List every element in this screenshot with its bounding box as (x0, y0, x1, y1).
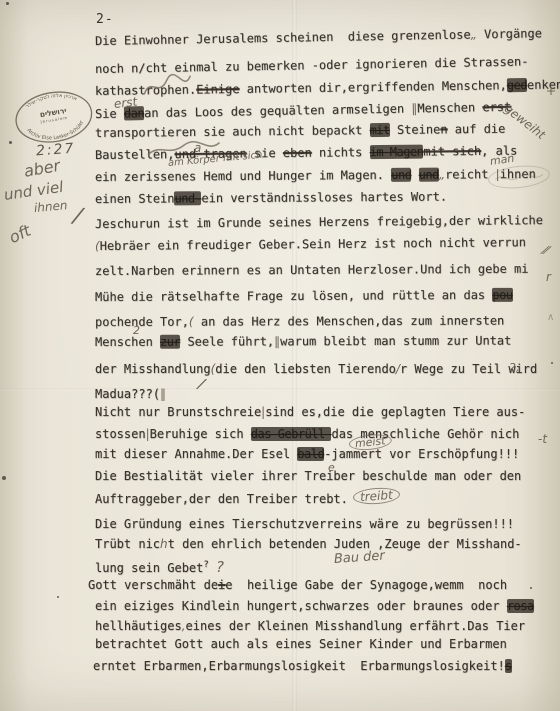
typed-text: Menschen (95, 335, 160, 349)
blacked-out-text: zur (160, 335, 180, 349)
pencil-annotation: ⁄⁄ (543, 243, 549, 257)
typed-text: pochende Tor, (95, 315, 189, 329)
typed-text: mit dieser Annahme.Der Esel (95, 447, 297, 461)
pencil-annotation: / (196, 374, 206, 393)
ink-speck (224, 584, 226, 586)
typed-text: sind es,die die geplagten Tiere aus- (265, 405, 525, 419)
typed-text: auf die (447, 122, 505, 137)
ink-speck (9, 141, 12, 144)
blacked-out-text: pou (492, 288, 512, 302)
typed-text: antworten dir,ergriffenden Menschen, (239, 78, 506, 96)
typed-text: einen Stein (95, 191, 175, 206)
typed-text: warum bleibt man stumm zur Untat (280, 334, 511, 349)
blacked-out-text: im Magen (369, 145, 423, 160)
typed-text (209, 561, 216, 575)
blacked-out-text: bald (297, 447, 324, 461)
page-number: 2- (96, 12, 114, 27)
typed-text: e heilige Gabe der Synagoge,wemm noch (225, 578, 507, 592)
typed-text: Trübt nic (95, 537, 160, 551)
typed-line: Gott verschmäht deie heilige Gabe der Sy… (88, 578, 507, 592)
typed-line: Die Bestialität vieler ihrer Treiber bes… (95, 469, 521, 483)
pencil-scrawl (145, 138, 222, 164)
typed-line: pochende Tor,( an das Herz des Menschen,… (95, 314, 504, 329)
pencil-scrawl (140, 69, 196, 106)
typed-text: Menschen (417, 100, 482, 115)
typed-text: Hebräer ein freudiger Geber.Sein Herz is… (100, 235, 526, 253)
typed-line: Trübt nicht den ehrlich betenden Juden ,… (95, 537, 522, 551)
typed-text: t den ehrlich betenden Juden ,Zeuge der … (168, 537, 522, 551)
blacked-out-text: und (391, 168, 411, 182)
typed-line: erntet Erbarmen,Erbarmungslosigkeit Erba… (93, 659, 512, 673)
typed-line: Madua???(‖ (95, 387, 166, 401)
typed-text: lung sein Gebet (95, 561, 203, 575)
typed-line: (Hebräer ein freudiger Geber.Sein Herz i… (95, 235, 526, 253)
typed-text: Die Gründung eines Tierschutzverreins wä… (95, 517, 514, 531)
typed-text: an das Herz des Menschen,das zum innerst… (194, 314, 505, 329)
pencil-annotation: r (546, 270, 551, 284)
typed-line: einen Steinund-ein verständnissloses har… (95, 190, 447, 206)
typed-text: an das Loos des gequälten armseligen (144, 101, 412, 120)
typed-line: Nicht nur Brunstschreie|sind es,die die … (95, 405, 525, 419)
typed-line: hellhäutiges,eines der Kleinen Misshandl… (95, 619, 525, 633)
pencil-annotation: ihnen (33, 198, 68, 215)
pencil-text: treibt (352, 486, 400, 505)
typed-text: Gott verschmäht de (88, 578, 218, 592)
pencil-annotation: geweiht (502, 101, 548, 141)
pencil-annotation: -t (538, 432, 547, 446)
typed-line: stossen|Beruhige sich das Gebrüll das me… (95, 427, 519, 441)
typed-line: der Misshandlung(die den liebsten Tieren… (95, 362, 537, 376)
typed-text: Die Einwohner Jerusalems scheinen diese … (95, 27, 471, 48)
struck-text: mit sich (423, 144, 481, 159)
typed-text: Mühe die rätselhafte Frage zu lösen, und… (95, 288, 492, 304)
typed-text: Seele führt, (180, 334, 274, 348)
typed-text: nichts (312, 145, 370, 160)
typed-text: ein eiziges Kindlein hungert,schwarzes o… (95, 599, 507, 613)
ink-speck (2, 476, 6, 480)
typed-line: betrachtet Gott auch als eines Seiner Ki… (95, 637, 507, 651)
pencil-annotation: 2 (133, 324, 140, 337)
typed-text: Steine (390, 122, 441, 137)
typed-text: zelt.Narben erinnern es an Untaten Herzl… (95, 262, 529, 278)
typed-text: vor Erschöpfung!!! (382, 447, 519, 461)
typed-line: Menschen zur Seele führt,‖warum bleibt m… (95, 334, 511, 349)
ink-speck (57, 596, 59, 598)
pencil-annotation: man (489, 152, 515, 168)
typed-line: Die Gründung eines Tierschutzverreins wä… (95, 517, 514, 531)
typed-text: ein zerissenes Hemd und Hunger im Magen. (95, 168, 391, 184)
typed-line: transportieren sie auch nicht bepackt mi… (95, 122, 505, 140)
typed-text: der Misshandlung (95, 362, 211, 376)
typed-text (411, 168, 418, 182)
typed-line: zelt.Narben erinnern es an Untaten Herzl… (95, 262, 529, 278)
blacked-out-text: und- (174, 191, 201, 205)
pencil-annotation: / (71, 203, 83, 229)
typed-text: Beruhige sich (150, 427, 251, 441)
blacked-out-text: und (419, 168, 439, 182)
typed-line: Mühe die rätselhafte Frage zu lösen, und… (95, 288, 513, 304)
pencil-text: h (160, 537, 168, 551)
typed-line: lung sein Gebet? ? (95, 560, 224, 577)
horizontal-fold-crease (0, 388, 560, 391)
typed-text: Madua???( (95, 387, 160, 401)
typed-text: hellhäutiges (95, 619, 182, 633)
pencil-annotation: erst (113, 95, 138, 111)
pencil-text: ‖ (160, 387, 166, 401)
blacked-out-text: rosa (507, 599, 534, 613)
typed-text: Vorgänge (477, 26, 542, 41)
pencil-annotation: e (328, 461, 335, 474)
pencil-annotation: ∧ (547, 312, 554, 323)
pencil-annotation: 2, (509, 361, 520, 374)
pencil-annotation: + (546, 84, 556, 98)
typed-text: betrachtet Gott auch als eines Seiner Ki… (95, 637, 507, 651)
blacked-out-text: ged (507, 78, 527, 92)
typed-line: Auftraggeber,der den Treiber trebt.treib… (95, 491, 400, 507)
ink-speck (530, 587, 532, 589)
ink-speck (6, 2, 9, 5)
typed-text: Jeschurun ist im Grunde seines Herzens f… (95, 213, 543, 231)
blacked-out-text: das Gebrüll (251, 427, 332, 441)
blacked-out-text: mit (369, 123, 389, 137)
pencil-text: ? (216, 558, 224, 576)
typed-text: die den liebsten Tierendo (215, 362, 396, 376)
typed-text: Nicht nur Brunstschreie (95, 405, 261, 419)
pencil-annotation: aber (22, 156, 61, 181)
typed-line: Die Einwohner Jerusalems scheinen diese … (95, 26, 542, 48)
ink-speck (551, 362, 553, 364)
typed-text: ein verständnissloses hartes Wort. (201, 190, 447, 206)
typed-text: eines der Kleinen Misshandlung erfährt.D… (186, 619, 526, 633)
typed-text: ? (203, 560, 208, 570)
typed-text: stossen (95, 427, 146, 441)
typed-line: ein eiziges Kindlein hungert,schwarzes o… (95, 599, 534, 613)
pencil-annotation: oft (6, 221, 34, 247)
struck-text: Einige (196, 82, 240, 97)
pencil-annotation: Bau der (333, 548, 385, 567)
typed-text: Die Bestialität vieler ihrer Treiber bes… (95, 469, 521, 483)
typed-line: mit dieser Annahme.Der Esel bald-jammert… (95, 447, 519, 461)
scanned-document-page: 2- ארכיון אלזה לסקר-שילר ירושלים Jerusal… (0, 0, 560, 711)
struck-text: eben (283, 146, 312, 160)
typed-text: erntet Erbarmen,Erbarmungslosigkeit Erba… (93, 659, 505, 673)
typed-text: transportieren sie auch nicht bepackt (95, 123, 370, 140)
typed-line: Jeschurun ist im Grunde seines Herzens f… (95, 213, 543, 231)
typed-line: ein zerissenes Hemd und Hunger im Magen.… (95, 167, 536, 184)
blacked-out-text: s (505, 659, 512, 673)
typed-text: Auftraggeber,der den Treiber trebt. (95, 492, 348, 506)
